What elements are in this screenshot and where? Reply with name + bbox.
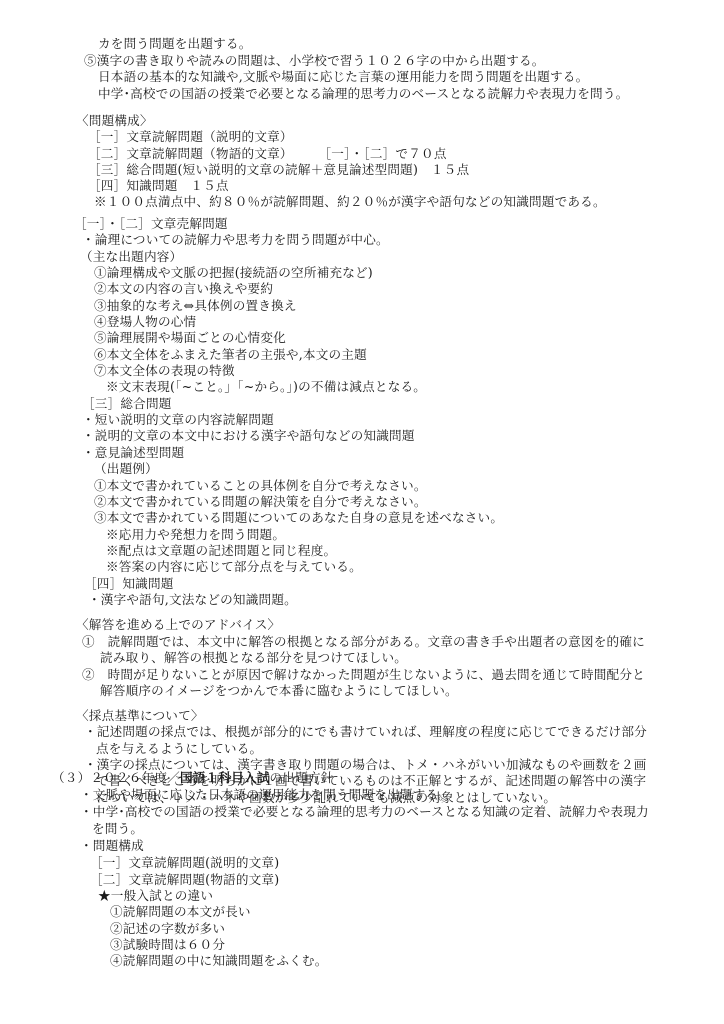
text-line: ・漢字や語句,文法などの知識問題。 xyxy=(88,592,297,608)
text-line: ②本文で書かれている問題の解決策を自分で考えなさい。 xyxy=(94,494,427,510)
text-line: ［二］文章読解問題(物語的文章) xyxy=(90,872,279,888)
text-line: ⑤論理展開や場面ごとの心情変化 xyxy=(94,330,286,346)
text-line: ・短い説明的文章の内容読解問題 xyxy=(82,412,274,428)
text-line: 点を与えるようにしている。 xyxy=(96,741,262,757)
text-line: ・論理についての読解力や思考力を問う問題が中心。 xyxy=(82,232,389,248)
text-line: ［二］文章読解問題（物語的文章） ［一］・［二］で７０点 xyxy=(88,146,447,162)
text-line: 解答順序のイメージをつかんで本番に臨むようにしてほしい。 xyxy=(100,683,458,699)
text-line: ［一］文章読解問題（説明的文章） xyxy=(88,129,293,145)
text-line: ・文脈や場面に応じた日本語の運用能力を問う問題を出題する。 xyxy=(80,787,451,803)
text-line: ※配点は文章題の記述問題と同じ程度。 xyxy=(106,543,336,559)
text-line: カを問う問題を出題する。 xyxy=(98,36,252,52)
text-line: ・中学･高校での国語の授業で必要となる論理的思考力のベースとなる知識の定着、読解… xyxy=(80,804,649,820)
text-line: 〈採点基準について〉 xyxy=(76,708,204,724)
text-line: ［四］知識問題 xyxy=(84,576,174,592)
text-line: 〈解答を進める上でのアドバイス〉 xyxy=(76,617,280,633)
section-3-heading-prefix: （３）２０２６年度／ xyxy=(52,770,180,785)
text-line: （出題例） xyxy=(94,461,158,477)
text-line: ［三］総合問題(短い説明的文章の読解＋意見論述型問題) １５点 xyxy=(88,162,469,178)
text-line: ⑦本文全体の表現の特徴 xyxy=(94,363,235,379)
text-line: ④登場人物の心情 xyxy=(94,314,196,330)
text-line: ［三］総合問題 xyxy=(82,396,172,412)
text-line: （主な出題内容） xyxy=(80,249,182,265)
text-line: ① 読解問題では、本文中に解答の根拠となる部分がある。文章の書き手や出題者の意図… xyxy=(82,634,645,650)
text-line: ②本文の内容の言い換えや要約 xyxy=(94,281,273,297)
text-line: ①読解問題の本文が長い xyxy=(110,904,251,920)
text-line: ※答案の内容に応じて部分点を与えている。 xyxy=(106,559,362,575)
text-line: ⑥本文全体をふまえた筆者の主張や,本文の主題 xyxy=(94,347,367,363)
text-line: ①本文で書かれていることの具体例を自分で考えなさい。 xyxy=(94,478,427,494)
text-line: ［一］文章読解問題(説明的文章) xyxy=(90,855,279,871)
text-line: ・説明的文章の本文中における漢字や語句などの知識問題 xyxy=(82,428,415,444)
text-line: ［一］・［二］文章売解問題 xyxy=(74,216,228,232)
text-line: ② 時間が足りないことが原因で解けなかった問題が生じないように、過去問を通じて時… xyxy=(82,667,645,683)
text-line: 中学･高校での国語の授業で必要となる論理的思考力のベースとなる読解力や表現力を問… xyxy=(98,86,628,102)
text-line: ④読解問題の中に知識問題をふくむ。 xyxy=(110,953,328,969)
text-line: ③試験時間は６０分 xyxy=(110,937,225,953)
text-line: ①論理構成や文脈の把握(接続語の空所補充など) xyxy=(94,265,373,281)
text-line: を問う。 xyxy=(92,821,143,837)
text-line: 読み取り、解答の根拠となる部分を見つけてほしい。 xyxy=(100,650,407,666)
section-3-heading-bold: 国語１科目入試 xyxy=(180,770,270,785)
document-page: カを問う問題を出題する。⑤漢字の書き取りや読みの問題は、小学校で習う１０２６字の… xyxy=(0,0,724,1024)
text-line: ⑤漢字の書き取りや読みの問題は、小学校で習う１０２６字の中から出題する。 xyxy=(84,53,545,69)
text-line: ・問題構成 xyxy=(80,838,144,854)
text-line: ③本文で書かれている問題についてのあなた自身の意見を述べなさい。 xyxy=(94,510,503,526)
section-3-heading: （３）２０２６年度／国語１科目入試の出題方針 xyxy=(52,770,333,786)
text-line: ［四］知識問題 １５点 xyxy=(88,178,229,194)
text-line: ※文末表現(「~こと。」「~から。」)の不備は減点となる。 xyxy=(106,379,426,395)
text-line: ※１００点満点中、約８０％が読解問題、約２０％が漢字や語句などの知識問題である。 xyxy=(94,194,606,210)
text-line: ②記述の字数が多い xyxy=(110,921,225,937)
section-3-heading-suffix: の出題方針 xyxy=(270,770,334,785)
text-line: ③抽象的な考え⇔具体例の置き換え xyxy=(94,298,297,314)
text-line: ・意見論述型問題 xyxy=(82,445,184,461)
text-line: ※応用力や発想力を問う問題。 xyxy=(106,527,285,543)
text-line: 日本語の基本的な知識や,文脈や場面に応じた言葉の運用能力を問う問題を出題する。 xyxy=(98,69,588,85)
text-line: ★一般入試との違い xyxy=(98,888,213,904)
text-line: 〈問題構成〉 xyxy=(76,113,153,129)
text-line: ・記述問題の採点では、根拠が部分的にでも書けていれば、理解度の程度に応じてできる… xyxy=(84,724,647,740)
